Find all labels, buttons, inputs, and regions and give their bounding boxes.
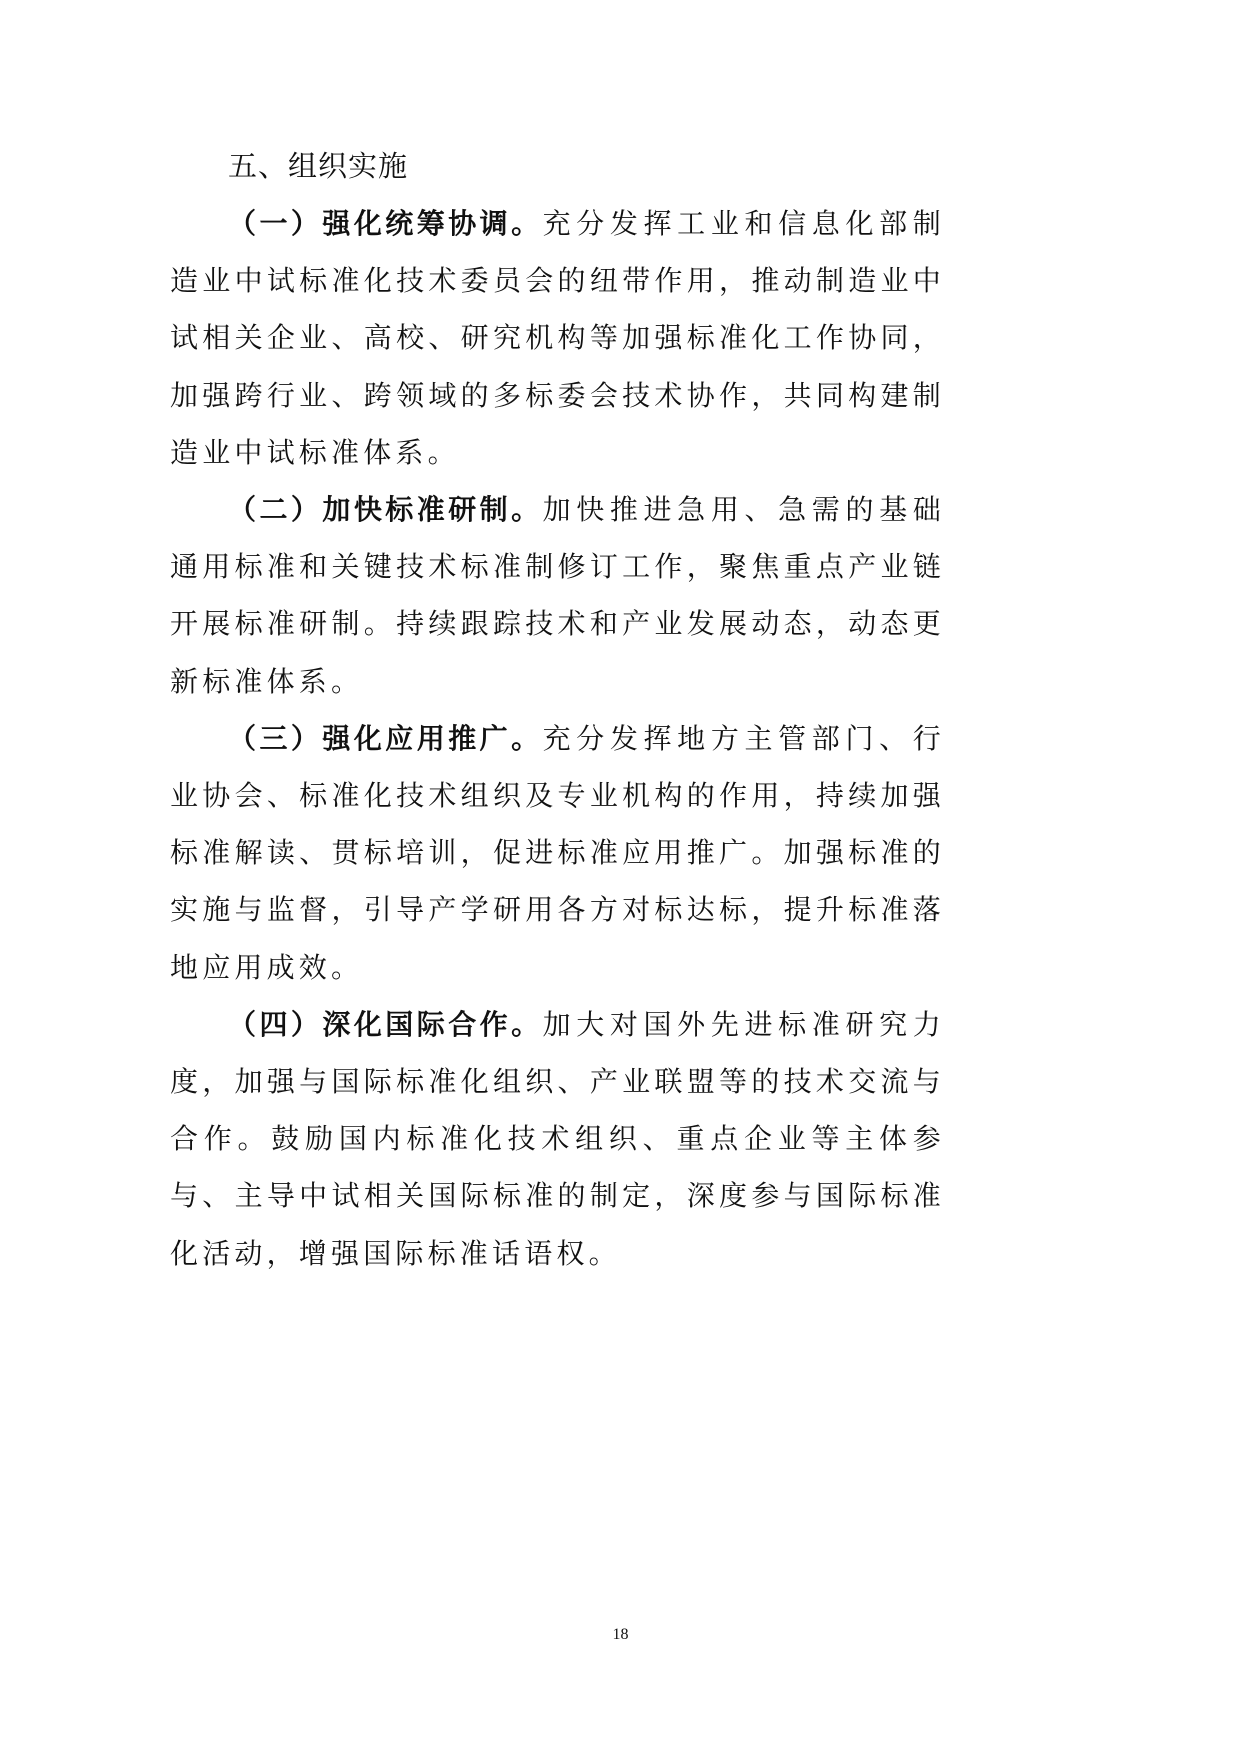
document-page: 五、组织实施 （一）强化统筹协调。充分发挥工业和信息化部制造业中试标准化技术委员… [0,0,1241,1754]
paragraph-international-cooperation: （四）深化国际合作。加大对国外先进标准研究力度，加强与国际标准化组织、产业联盟等… [170,996,945,1282]
page-content: 五、组织实施 （一）强化统筹协调。充分发挥工业和信息化部制造业中试标准化技术委员… [170,138,945,1282]
paragraph-standard-development: （二）加快标准研制。加快推进急用、急需的基础通用标准和关键技术标准制修订工作，聚… [170,481,945,710]
paragraph-lead: （二）加快标准研制。 [228,493,543,526]
paragraph-application-promotion: （三）强化应用推广。充分发挥地方主管部门、行业协会、标准化技术组织及专业机构的作… [170,710,945,996]
section-heading: 五、组织实施 [170,138,945,195]
page-number: 18 [0,1626,1241,1644]
paragraph-text: 加大对国外先进标准研究力度，加强与国际标准化组织、产业联盟等的技术交流与合作。鼓… [170,1008,945,1270]
paragraph-text: 充分发挥地方主管部门、行业协会、标准化技术组织及专业机构的作用，持续加强标准解读… [170,722,945,984]
paragraph-coordination: （一）强化统筹协调。充分发挥工业和信息化部制造业中试标准化技术委员会的纽带作用，… [170,195,945,481]
paragraph-lead: （三）强化应用推广。 [228,722,543,755]
paragraph-lead: （一）强化统筹协调。 [228,207,543,240]
paragraph-lead: （四）深化国际合作。 [228,1008,543,1041]
paragraph-text: 充分发挥工业和信息化部制造业中试标准化技术委员会的纽带作用，推动制造业中试相关企… [170,207,945,469]
